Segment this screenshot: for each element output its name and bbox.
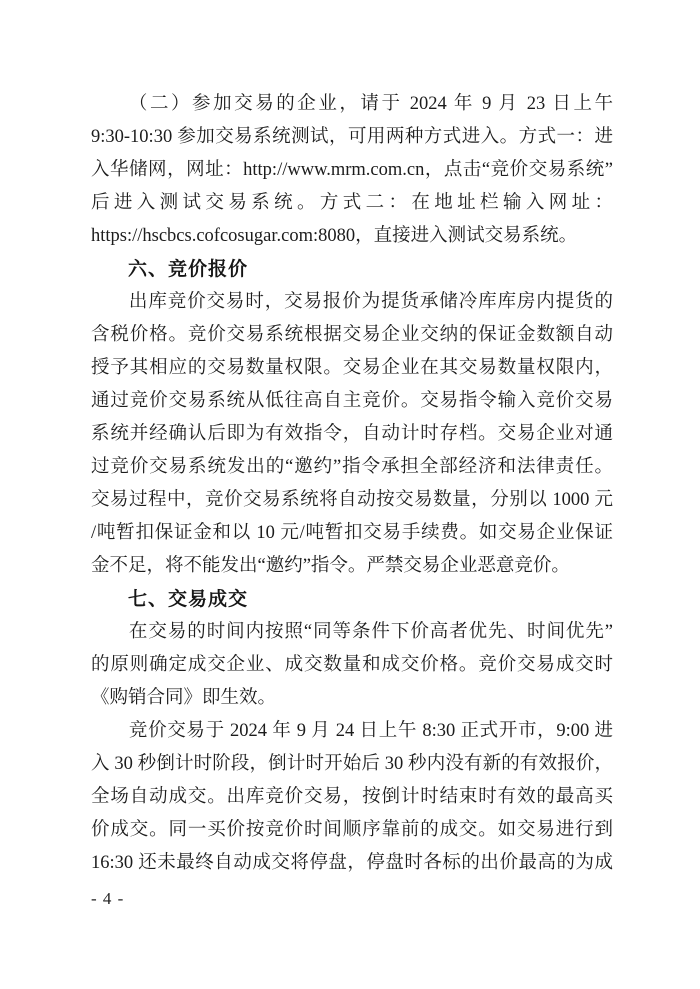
text-line: 在交易的时间内按照“同等条件下价高者优先、时间优先”	[91, 616, 613, 649]
text-line: 《购销合同》即生效。	[91, 682, 613, 715]
document-page: （二）参加交易的企业，请于 2024 年 9 月 23 日上午9:30-10:3…	[0, 0, 700, 989]
text-line: 全场自动成交。出库竞价交易，按倒计时结束时有效的最高买	[91, 781, 613, 814]
text-line: 的原则确定成交企业、成交数量和成交价格。竞价交易成交时	[91, 649, 613, 682]
section-heading: 七、交易成交	[91, 583, 613, 616]
text-line: 系统并经确认后即为有效指令，自动计时存档。交易企业对通	[91, 418, 613, 451]
text-line: 入华储网，网址：http://www.mrm.com.cn，点击“竞价交易系统”	[91, 154, 613, 187]
text-line: 16:30 还未最终自动成交将停盘，停盘时各标的出价最高的为成	[91, 847, 613, 880]
text-line: （二）参加交易的企业，请于 2024 年 9 月 23 日上午	[91, 88, 613, 121]
text-line: 出库竞价交易时，交易报价为提货承储冷库库房内提货的	[91, 286, 613, 319]
text-line: 授予其相应的交易数量权限。交易企业在其交易数量权限内，	[91, 352, 613, 385]
text-line: 9:30-10:30 参加交易系统测试，可用两种方式进入。方式一：进	[91, 121, 613, 154]
text-line: 金不足，将不能发出“邀约”指令。严禁交易企业恶意竞价。	[91, 550, 613, 583]
text-line: 竞价交易于 2024 年 9 月 24 日上午 8:30 正式开市，9:00 进	[91, 715, 613, 748]
text-line: 入 30 秒倒计时阶段，倒计时开始后 30 秒内没有新的有效报价，	[91, 748, 613, 781]
text-line: 通过竞价交易系统从低往高自主竞价。交易指令输入竞价交易	[91, 385, 613, 418]
text-line: 后进入测试交易系统。方式二：在地址栏输入网址：	[91, 187, 613, 220]
text-line: 过竞价交易系统发出的“邀约”指令承担全部经济和法律责任。	[91, 451, 613, 484]
text-line: https://hscbcs.cofcosugar.com:8080，直接进入测…	[91, 220, 613, 253]
text-line: 价成交。同一买价按竞价时间顺序靠前的成交。如交易进行到	[91, 814, 613, 847]
section-heading: 六、竞价报价	[91, 253, 613, 286]
text-line: 交易过程中，竞价交易系统将自动按交易数量，分别以 1000 元	[91, 484, 613, 517]
page-number: - 4 -	[91, 889, 124, 909]
text-line: /吨暂扣保证金和以 10 元/吨暂扣交易手续费。如交易企业保证	[91, 517, 613, 550]
document-body: （二）参加交易的企业，请于 2024 年 9 月 23 日上午9:30-10:3…	[91, 88, 613, 880]
text-line: 含税价格。竞价交易系统根据交易企业交纳的保证金数额自动	[91, 319, 613, 352]
